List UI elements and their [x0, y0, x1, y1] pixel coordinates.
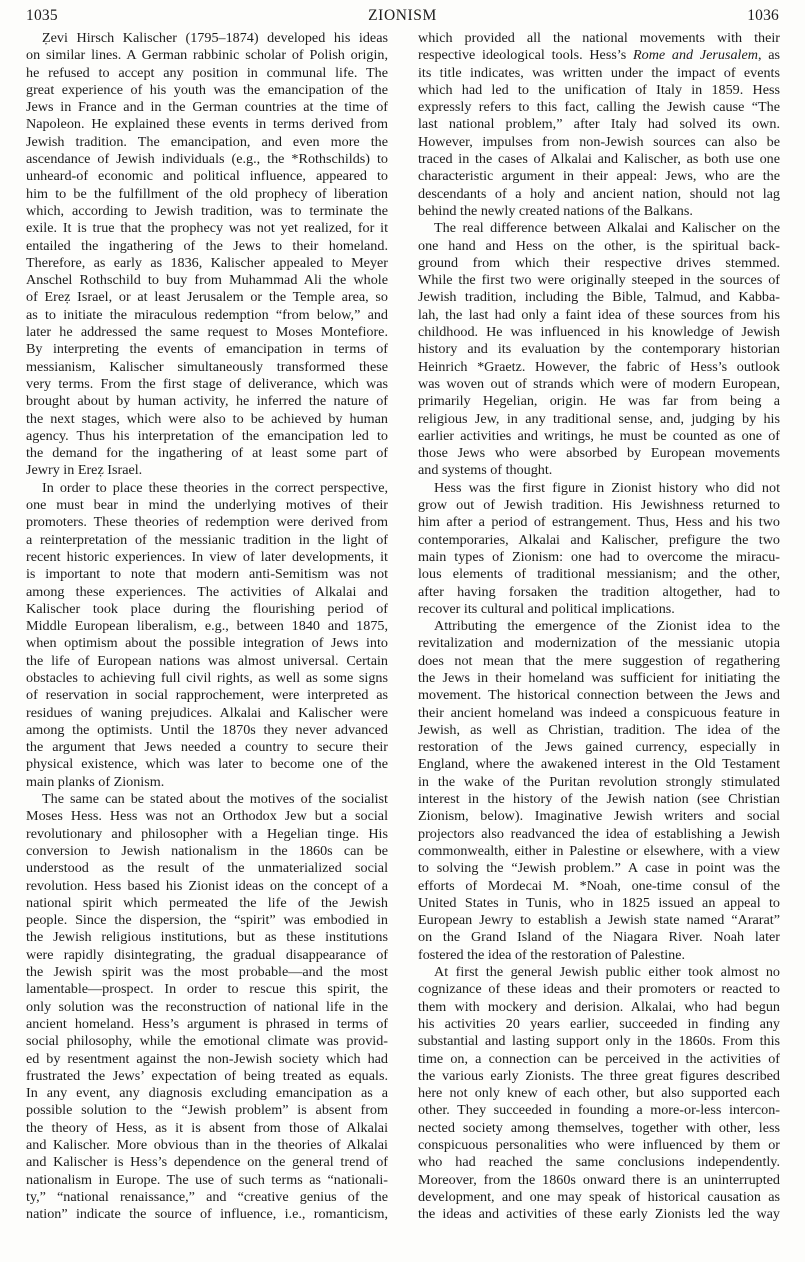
- text-line: expressly refers to this fact, calling t…: [418, 99, 780, 116]
- text-line: one must bear in mind the underlying mot…: [26, 497, 388, 514]
- text-line: brought about by human activity, he infe…: [26, 393, 388, 410]
- text-line: only solution was the reconstruction of …: [26, 999, 388, 1016]
- text-line: development, and one may speak of histor…: [418, 1189, 780, 1206]
- text-line: Jewish tradition, including the Bible, T…: [418, 289, 780, 306]
- text-line: in the wake of the Puritan revolution st…: [418, 774, 780, 791]
- text-line: primarily Hegelian, origin. He was far f…: [418, 393, 780, 410]
- text-line: conversion to Jewish nationalism in the …: [26, 843, 388, 860]
- paragraph: The same can be stated about the motives…: [26, 791, 388, 1223]
- text-line: In order to place these theories in the …: [26, 480, 388, 497]
- paragraph: Hess was the first figure in Zionist his…: [418, 480, 780, 618]
- text-line: earlier activities and writings, he must…: [418, 428, 780, 445]
- text-line: was woven out of strands which were of m…: [418, 376, 780, 393]
- text-line: which provided all the national movement…: [418, 30, 780, 47]
- text-line: unheard-of economic and political influe…: [26, 168, 388, 185]
- text-line: childhood. He was influenced in his know…: [418, 324, 780, 341]
- text-line: his activities 20 years earlier, succeed…: [418, 1016, 780, 1033]
- text-line: traced in the cases of Alkalai and Kalis…: [418, 151, 780, 168]
- text-line: frustrated the Jews’ expectation of bein…: [26, 1068, 388, 1085]
- text-line: ed by resentment against the non-Jewish …: [26, 1051, 388, 1068]
- text-line: Jewry in Ereẓ Israel.: [26, 462, 388, 479]
- running-title: ZIONISM: [0, 7, 805, 25]
- text-line: and systems of thought.: [418, 462, 780, 479]
- text-line: and Kalischer is Hess’s dependence on th…: [26, 1154, 388, 1171]
- text-line: to solving the “Jewish problem.” A case …: [418, 860, 780, 877]
- text-line: recent historic experiences. In view of …: [26, 549, 388, 566]
- text-line: later he addressed the same request to M…: [26, 324, 388, 341]
- text-line: agency. Thus his interpretation of the e…: [26, 428, 388, 445]
- text-line: when optimism about the possible integra…: [26, 635, 388, 652]
- text-line: the argument that Jews needed a country …: [26, 739, 388, 756]
- text-line: revolutionary and philosopher with a Heg…: [26, 826, 388, 843]
- paragraph: At first the general Jewish public eithe…: [418, 964, 780, 1223]
- text-line: their ancient homeland was indeed a cons…: [418, 705, 780, 722]
- text-line: Moses Hess. Hess was not an Orthodox Jew…: [26, 808, 388, 825]
- text-line: Hess was the first figure in Zionist his…: [418, 480, 780, 497]
- text-line: on similar lines. A German rabbinic scho…: [26, 47, 388, 64]
- text-line: people. Since the dispersion, the “spiri…: [26, 912, 388, 929]
- text-line: European Jewry to establish a Jewish sta…: [418, 912, 780, 929]
- text-line: very terms. From the first stage of deli…: [26, 376, 388, 393]
- text-line: were rapidly disintegrating, the gradual…: [26, 947, 388, 964]
- text-line: In any event, any diagnosis excluding em…: [26, 1085, 388, 1102]
- text-line: Napoleon. He explained these events in t…: [26, 116, 388, 133]
- text-line: entailed the ingathering of the Jews to …: [26, 238, 388, 255]
- text-line: physical existence, which was later to b…: [26, 756, 388, 773]
- text-line: Ẓevi Hirsch Kalischer (1795–1874) develo…: [26, 30, 388, 47]
- text-line: Middle European liberalism, e.g., betwee…: [26, 618, 388, 635]
- text-line: the various early Zionists. The three gr…: [418, 1068, 780, 1085]
- text-line: obstacles to achieving full civil rights…: [26, 670, 388, 687]
- text-line: which had led to the unification of Ital…: [418, 82, 780, 99]
- text-line: of Ereẓ Israel, or at least Jerusalem or…: [26, 289, 388, 306]
- text-line: ty,” “national renaissance,” and “creati…: [26, 1189, 388, 1206]
- text-line: cognizance of these ideas and their prom…: [418, 981, 780, 998]
- text-line: residues of waning prejudices. Alkalai a…: [26, 705, 388, 722]
- text-line: history and its evaluation by the contem…: [418, 341, 780, 358]
- text-line: nationalism in Europe. The use of such t…: [26, 1172, 388, 1189]
- text-line: the Jews in their homeland was sufficien…: [418, 670, 780, 687]
- text-line: The same can be stated about the motives…: [26, 791, 388, 808]
- text-line: Heinrich *Graetz. However, the fabric of…: [418, 359, 780, 376]
- text-line: he refused to accept any position in com…: [26, 65, 388, 82]
- text-line: United States in Tunis, who in 1825 issu…: [418, 895, 780, 912]
- text-line: of reservation in social rapprochement, …: [26, 687, 388, 704]
- text-line: ascendance of Jewish individuals (e.g., …: [26, 151, 388, 168]
- text-line: as to initiate the miraculous redemption…: [26, 307, 388, 324]
- text-line: Jewish, as well as Christian, tradition.…: [418, 722, 780, 739]
- text-line: interest in the history of the Jewish na…: [418, 791, 780, 808]
- text-line: does not mean that the mere suggestion o…: [418, 653, 780, 670]
- text-line: projectors also readvanced the idea of e…: [418, 826, 780, 843]
- text-line: main types of Zionism: one had to overco…: [418, 549, 780, 566]
- text-line: among these experiences. The activities …: [26, 584, 388, 601]
- text-line: on the Grand Island of the Niagara River…: [418, 929, 780, 946]
- text-line: recover its cultural and political impli…: [418, 601, 780, 618]
- text-line: national spirit which permeated the life…: [26, 895, 388, 912]
- text-line: nation” indicate the source of influence…: [26, 1206, 388, 1223]
- text-line: the Jewish religious institutions, but a…: [26, 929, 388, 946]
- text-line: a reinterpretation of the messianic trad…: [26, 532, 388, 549]
- text-line: great experience of his youth was the em…: [26, 82, 388, 99]
- text-line: which, according to Jewish tradition, wa…: [26, 203, 388, 220]
- paragraph: Attributing the emergence of the Zionist…: [418, 618, 780, 964]
- text-line: ancient homeland. Hess’s argument is phr…: [26, 1016, 388, 1033]
- text-line: those Jews who were absorbed by European…: [418, 445, 780, 462]
- text-line: the ideas and activities of these early …: [418, 1206, 780, 1223]
- text-line: contemporaries, Alkalai and Kalischer, p…: [418, 532, 780, 549]
- text-line: is important to note that modern anti-Se…: [26, 566, 388, 583]
- text-line: nected society among themselves, togethe…: [418, 1120, 780, 1137]
- text-line: messianism, Kalischer simultaneously tra…: [26, 359, 388, 376]
- text-line: grow out of Jewish tradition. His Jewish…: [418, 497, 780, 514]
- text-line: exile. It is true that the prophecy was …: [26, 220, 388, 237]
- text-line: the demand for the ingathering of at lea…: [26, 445, 388, 462]
- text-line: promoters. These theories of redemption …: [26, 514, 388, 531]
- text-line: time on, a connection can be perceived i…: [418, 1051, 780, 1068]
- text-line: substantial and lasting support only in …: [418, 1033, 780, 1050]
- text-line: them with mockery and derision. Alkalai,…: [418, 999, 780, 1016]
- text-line: By interpreting the events of emancipati…: [26, 341, 388, 358]
- text-line: revitalization and modernization of the …: [418, 635, 780, 652]
- text-line: last national problem,” after Italy had …: [418, 116, 780, 133]
- text-line: the life of European nations was almost …: [26, 653, 388, 670]
- text-line: among the optimists. Until the 1870s the…: [26, 722, 388, 739]
- text-line: the Jewish spirit was the most probable—…: [26, 964, 388, 981]
- right-text-column: which provided all the national movement…: [418, 30, 780, 1223]
- text-line: here not only knew of each other, but al…: [418, 1085, 780, 1102]
- text-line: and Kalischer. More obvious than in the …: [26, 1137, 388, 1154]
- text-line: Anschel Rothschild to buy from Muhammad …: [26, 272, 388, 289]
- text-line: Moreover, from the 1860s onward there is…: [418, 1172, 780, 1189]
- left-text-column: Ẓevi Hirsch Kalischer (1795–1874) develo…: [26, 30, 388, 1223]
- text-line: behind the newly created nations of the …: [418, 203, 780, 220]
- text-line: main planks of Zionism.: [26, 774, 388, 791]
- text-line: lous elements of traditional messianism;…: [418, 566, 780, 583]
- text-line: Jewish tradition. The emancipation, and …: [26, 134, 388, 151]
- text-line: its title indicates, was written under t…: [418, 65, 780, 82]
- text-line: fostered the idea of the restoration of …: [418, 947, 780, 964]
- text-line: movement. The historical connection betw…: [418, 687, 780, 704]
- text-line: ground from which their respective drive…: [418, 255, 780, 272]
- text-line: efforts of Mordecai M. *Noah, one-time c…: [418, 878, 780, 895]
- text-line: The real difference between Alkalai and …: [418, 220, 780, 237]
- text-line: Kalischer took place during the flourish…: [26, 601, 388, 618]
- text-line: other. They succeeded in founding a more…: [418, 1102, 780, 1119]
- paragraph: which provided all the national movement…: [418, 30, 780, 220]
- text-line: the theory of Hess, as it is absent from…: [26, 1120, 388, 1137]
- text-line: revolution. Hess based his Zionist ideas…: [26, 878, 388, 895]
- text-line: after having forsaken the tradition alto…: [418, 584, 780, 601]
- text-line: understood as the result of the unmateri…: [26, 860, 388, 877]
- text-line: him after a period of estrangement. Thus…: [418, 514, 780, 531]
- text-line: who had reached the same conclusions ind…: [418, 1154, 780, 1171]
- text-line: descendants of a holy and ancient nation…: [418, 186, 780, 203]
- text-line: possible solution to the “Jewish problem…: [26, 1102, 388, 1119]
- text-line: social philosophy, while the emotional c…: [26, 1033, 388, 1050]
- text-line: one hand and Hess on the other, is the s…: [418, 238, 780, 255]
- text-line: Jews in France and in the German countri…: [26, 99, 388, 116]
- text-line: religious Jew, in any traditional sense,…: [418, 411, 780, 428]
- text-line: conspicuous personalities who were influ…: [418, 1137, 780, 1154]
- text-line: Zionism, below). Imaginative Jewish writ…: [418, 808, 780, 825]
- paragraph: Ẓevi Hirsch Kalischer (1795–1874) develo…: [26, 30, 388, 480]
- text-line: Therefore, as early as 1836, Kalischer a…: [26, 255, 388, 272]
- text-line: England, where the awakened interest in …: [418, 756, 780, 773]
- text-line: characteristic argument in their appeal:…: [418, 168, 780, 185]
- text-line: commonwealth, either in Palestine or els…: [418, 843, 780, 860]
- text-line: restoration of the Jews gained currency,…: [418, 739, 780, 756]
- right-page-number: 1036: [747, 7, 779, 25]
- text-line: respective ideological tools. Hess’s Rom…: [418, 47, 780, 64]
- text-line: However, impulses from non-Jewish source…: [418, 134, 780, 151]
- paragraph: In order to place these theories in the …: [26, 480, 388, 791]
- text-line: At first the general Jewish public eithe…: [418, 964, 780, 981]
- italic-title: Rome and Jerusalem: [633, 47, 758, 63]
- text-line: the next stages, which were also to be a…: [26, 411, 388, 428]
- paragraph: The real difference between Alkalai and …: [418, 220, 780, 479]
- text-line: While the first two were originally stee…: [418, 272, 780, 289]
- text-line: lamentable—prospect. In order to rescue …: [26, 981, 388, 998]
- text-line: Attributing the emergence of the Zionist…: [418, 618, 780, 635]
- text-line: him to be the fulfillment of the old pro…: [26, 186, 388, 203]
- text-line: lah, the last had only a faint idea of t…: [418, 307, 780, 324]
